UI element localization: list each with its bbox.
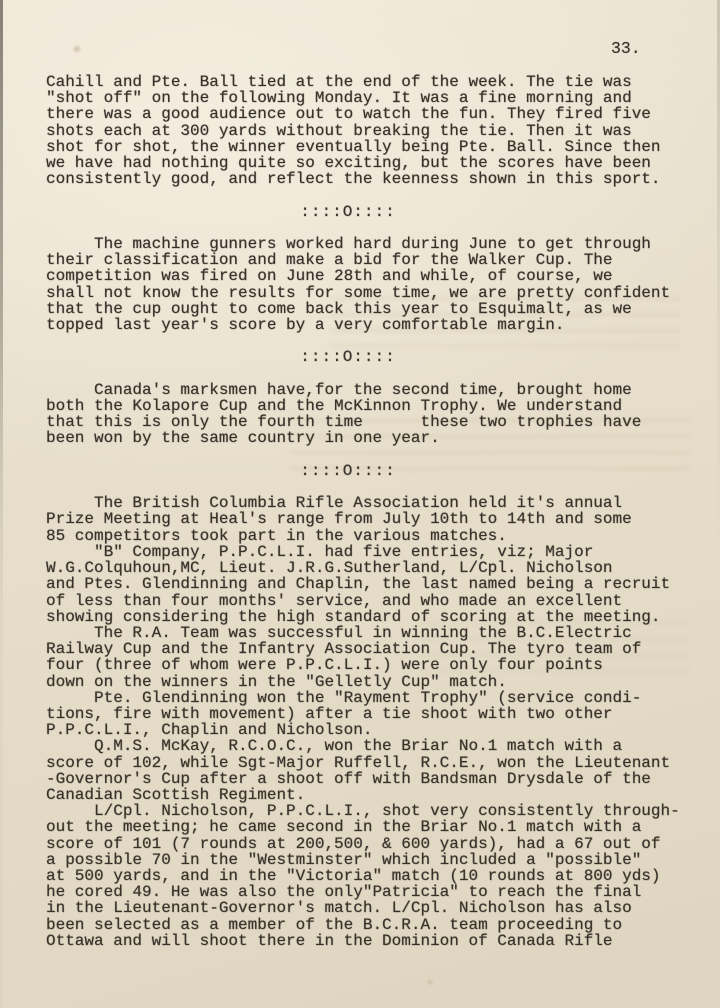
text-line: Prize Meeting at Heal's range from July … (46, 511, 650, 527)
text-line: Railway Cup and the Infantry Association… (46, 641, 650, 657)
text-line: Ottawa and will shoot there in the Domin… (46, 933, 650, 949)
paper-speck (72, 44, 82, 54)
text-line: Cahill and Pte. Ball tied at the end of … (46, 74, 650, 90)
text-line: score of 102, while Sgt-Major Ruffell, R… (46, 755, 650, 771)
text-line: he cored 49. He was also the only"Patric… (46, 884, 650, 900)
text-line: of less than four months' service, and w… (46, 593, 650, 609)
text-line: The R.A. Team was successful in winning … (46, 625, 650, 641)
text-line: Canada's marksmen have,for the second ti… (46, 382, 650, 398)
text-line: in the Lieutenant-Governor's match. L/Cp… (46, 900, 650, 916)
scanned-typewritten-page: 33. Cahill and Pte. Ball tied at the end… (0, 0, 720, 1008)
text-line: at 500 yards, and in the "Victoria" matc… (46, 868, 650, 884)
page-number: 33. (611, 39, 641, 58)
section-divider: ::::O:::: (46, 463, 650, 479)
document-body: Cahill and Pte. Ball tied at the end of … (46, 74, 650, 949)
text-line: "shot off" on the following Monday. It w… (46, 90, 650, 106)
text-line: topped last year's score by a very comfo… (46, 317, 650, 333)
paper-speck (426, 978, 434, 986)
text-line: that the cup ought to come back this yea… (46, 301, 650, 317)
text-line: The machine gunners worked hard during J… (46, 236, 650, 252)
text-line: we have had nothing quite so exciting, b… (46, 155, 650, 171)
section-divider: ::::O:::: (46, 204, 650, 220)
text-line: consistently good, and reflect the keenn… (46, 171, 650, 187)
text-line: there was a good audience out to watch t… (46, 106, 650, 122)
text-line: W.G.Colquhoun,MC, Lieut. J.R.G.Sutherlan… (46, 560, 650, 576)
text-line: a possible 70 in the "Westminster" which… (46, 852, 650, 868)
section-divider: ::::O:::: (46, 349, 650, 365)
text-line: been won by the same country in one year… (46, 430, 650, 446)
text-line: and Ptes. Glendinning and Chaplin, the l… (46, 576, 650, 592)
text-line: "B" Company, P.P.C.L.I. had five entries… (46, 544, 650, 560)
text-line: 85 competitors took part in the various … (46, 528, 650, 544)
text-line: been selected as a member of the B.C.R.A… (46, 917, 650, 933)
text-line: shots each at 300 yards without breaking… (46, 123, 650, 139)
scan-edge-left (0, 0, 3, 1008)
text-line: competition was fired on June 28th and w… (46, 268, 650, 284)
text-line: shot for shot, the winner eventually bei… (46, 139, 650, 155)
text-line: out the meeting; he came second in the B… (46, 819, 650, 835)
text-line: down on the winners in the "Gelletly Cup… (46, 674, 650, 690)
text-line: Canadian Scottish Regiment. (46, 787, 650, 803)
text-line: Q.M.S. McKay, R.C.O.C., won the Briar No… (46, 738, 650, 754)
text-line: four (three of whom were P.P.C.L.I.) wer… (46, 657, 650, 673)
text-line: shall not know the results for some time… (46, 285, 650, 301)
text-line: -Governor's Cup after a shoot off with B… (46, 771, 650, 787)
text-line: both the Kolapore Cup and the McKinnon T… (46, 398, 650, 414)
text-line: score of 101 (7 rounds at 200,500, & 600… (46, 836, 650, 852)
text-line: their classification and make a bid for … (46, 252, 650, 268)
text-line: P.P.C.L.I., Chaplin and Nicholson. (46, 722, 650, 738)
text-line: Pte. Glendinning won the "Rayment Trophy… (46, 690, 650, 706)
text-line: showing considering the high standard of… (46, 609, 650, 625)
text-line: L/Cpl. Nicholson, P.P.C.L.I., shot very … (46, 803, 650, 819)
text-line: tions, fire with movement) after a tie s… (46, 706, 650, 722)
